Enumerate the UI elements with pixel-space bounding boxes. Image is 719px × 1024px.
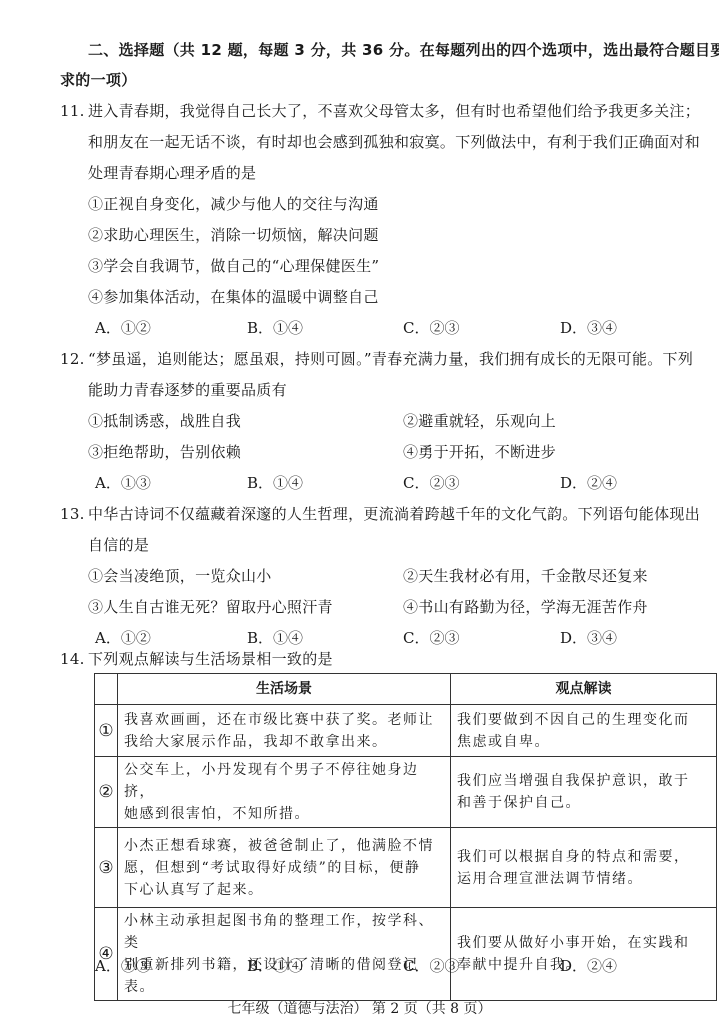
view-cell: 我们应当增强自我保护意识，敢于 和善于保护自己。 xyxy=(451,757,717,828)
table-row: ④ 小林主动承担起图书角的整理工作，按学科、类 别重新排列书籍，还设计了清晰的借… xyxy=(95,908,717,1001)
choice-b[interactable]: B．①④ xyxy=(247,473,303,493)
statement: ②求助心理医生，消除一切烦恼，解决问题 xyxy=(88,225,379,245)
row-number: ② xyxy=(95,757,118,828)
question-stem: 自信的是 xyxy=(88,535,149,555)
scene-cell: 小林主动承担起图书角的整理工作，按学科、类 别重新排列书籍，还设计了清晰的借阅登… xyxy=(118,908,451,1001)
view-cell: 我们要从做好小事开始，在实践和 奉献中提升自我。 xyxy=(451,908,717,1001)
choice-c[interactable]: C．②③ xyxy=(403,956,459,976)
view-cell: 我们要做到不因自己的生理变化而 焦虑或自卑。 xyxy=(451,705,717,757)
table-header-row: 生活场景 观点解读 xyxy=(95,674,717,705)
view-text: 我们要从做好小事开始，在实践和 xyxy=(457,932,710,954)
view-text: 焦虑或自卑。 xyxy=(457,731,710,753)
question-number: 13. xyxy=(60,504,85,524)
scene-cell: 公交车上，小丹发现有个男子不停往她身边挤， 她感到很害怕，不知所措。 xyxy=(118,757,451,828)
statement: ①正视自身变化，减少与他人的交往与沟通 xyxy=(88,194,379,214)
choice-c[interactable]: C．②③ xyxy=(403,318,459,338)
choice-c[interactable]: C．②③ xyxy=(403,473,459,493)
statement: ②避重就轻，乐观向上 xyxy=(403,411,556,431)
statement: ④参加集体活动，在集体的温暖中调整自己 xyxy=(88,287,379,307)
statement: ③拒绝帮助，告别依赖 xyxy=(88,442,241,462)
choice-b[interactable]: B．①④ xyxy=(247,628,303,648)
header-number xyxy=(95,674,118,705)
choice-d[interactable]: D．②④ xyxy=(560,473,617,493)
question-stem: 中华古诗词不仅蕴藏着深邃的人生哲理，更流淌着跨越千年的文化气韵。下列语句能体现出 xyxy=(88,504,700,524)
view-text: 和善于保护自己。 xyxy=(457,792,710,814)
question-number: 11. xyxy=(60,101,85,121)
scene-text: 公交车上，小丹发现有个男子不停往她身边挤， xyxy=(124,759,444,803)
question-number: 14. xyxy=(60,649,85,669)
statement: ④勇于开拓，不断进步 xyxy=(403,442,556,462)
choice-a[interactable]: A．①③ xyxy=(95,956,151,976)
question-stem: 和朋友在一起无话不谈，有时却也会感到孤独和寂寞。下列做法中，有利于我们正确面对和 xyxy=(88,132,700,152)
view-cell: 我们可以根据自身的特点和需要， 运用合理宣泄法调节情绪。 xyxy=(451,828,717,908)
section-heading-line2: 求的一项） xyxy=(60,70,137,90)
statement: ③人生自古谁无死？留取丹心照汗青 xyxy=(88,597,333,617)
section-heading-line1: 二、选择题（共 12 题，每题 3 分，共 36 分。在每题列出的四个选项中，选… xyxy=(88,40,719,60)
choice-d[interactable]: D．③④ xyxy=(560,318,617,338)
scene-cell: 我喜欢画画，还在市级比赛中获了奖。老师让 我给大家展示作品，我却不敢拿出来。 xyxy=(118,705,451,757)
scene-text: 我喜欢画画，还在市级比赛中获了奖。老师让 xyxy=(124,709,444,731)
choice-a[interactable]: A．①③ xyxy=(95,473,151,493)
choice-a[interactable]: A．①② xyxy=(95,318,151,338)
scenario-table: 生活场景 观点解读 ① 我喜欢画画，还在市级比赛中获了奖。老师让 我给大家展示作… xyxy=(94,673,717,1001)
scene-text: 她感到很害怕，不知所措。 xyxy=(124,803,444,825)
view-text: 我们要做到不因自己的生理变化而 xyxy=(457,709,710,731)
scene-text: 我给大家展示作品，我却不敢拿出来。 xyxy=(124,731,444,753)
view-text: 我们应当增强自我保护意识，敢于 xyxy=(457,770,710,792)
view-text: 我们可以根据自身的特点和需要， xyxy=(457,846,710,868)
row-number: ④ xyxy=(95,908,118,1001)
question-stem: 处理青春期心理矛盾的是 xyxy=(88,163,256,183)
question-stem: 能助力青春逐梦的重要品质有 xyxy=(88,380,287,400)
view-text: 运用合理宣泄法调节情绪。 xyxy=(457,868,710,890)
statement: ④书山有路勤为径，学海无涯苦作舟 xyxy=(403,597,648,617)
table-row: ③ 小杰正想看球赛，被爸爸制止了，他满脸不情 愿，但想到“考试取得好成绩”的目标… xyxy=(95,828,717,908)
choice-c[interactable]: C．②③ xyxy=(403,628,459,648)
choice-b[interactable]: B．①④ xyxy=(247,956,303,976)
question-stem: “梦虽遥，追则能达；愿虽艰，持则可圆。”青春充满力量，我们拥有成长的无限可能。下… xyxy=(88,349,693,369)
row-number: ① xyxy=(95,705,118,757)
scene-cell: 小杰正想看球赛，被爸爸制止了，他满脸不情 愿，但想到“考试取得好成绩”的目标，便… xyxy=(118,828,451,908)
statement: ①会当凌绝顶，一览众山小 xyxy=(88,566,272,586)
table-row: ① 我喜欢画画，还在市级比赛中获了奖。老师让 我给大家展示作品，我却不敢拿出来。… xyxy=(95,705,717,757)
question-stem: 下列观点解读与生活场景相一致的是 xyxy=(88,649,333,669)
header-view: 观点解读 xyxy=(451,674,717,705)
page-footer: 七年级（道德与法治） 第 2 页（共 8 页） xyxy=(0,998,719,1018)
choice-a[interactable]: A．①② xyxy=(95,628,151,648)
statement: ①抵制诱惑，战胜自我 xyxy=(88,411,241,431)
table-row: ② 公交车上，小丹发现有个男子不停往她身边挤， 她感到很害怕，不知所措。 我们应… xyxy=(95,757,717,828)
choice-d[interactable]: D．②④ xyxy=(560,956,617,976)
question-number: 12. xyxy=(60,349,85,369)
statement: ②天生我材必有用，千金散尽还复来 xyxy=(403,566,648,586)
scene-text: 小林主动承担起图书角的整理工作，按学科、类 xyxy=(124,910,444,954)
header-scene: 生活场景 xyxy=(118,674,451,705)
question-stem: 进入青春期，我觉得自己长大了，不喜欢父母管太多，但有时也希望他们给予我更多关注； xyxy=(88,101,700,121)
scene-text: 下心认真写了起来。 xyxy=(124,879,444,901)
scene-text: 小杰正想看球赛，被爸爸制止了，他满脸不情 xyxy=(124,835,444,857)
statement: ③学会自我调节，做自己的“心理保健医生” xyxy=(88,256,379,276)
choice-b[interactable]: B．①④ xyxy=(247,318,303,338)
row-number: ③ xyxy=(95,828,118,908)
scene-text: 愿，但想到“考试取得好成绩”的目标，便静 xyxy=(124,857,444,879)
choice-d[interactable]: D．③④ xyxy=(560,628,617,648)
